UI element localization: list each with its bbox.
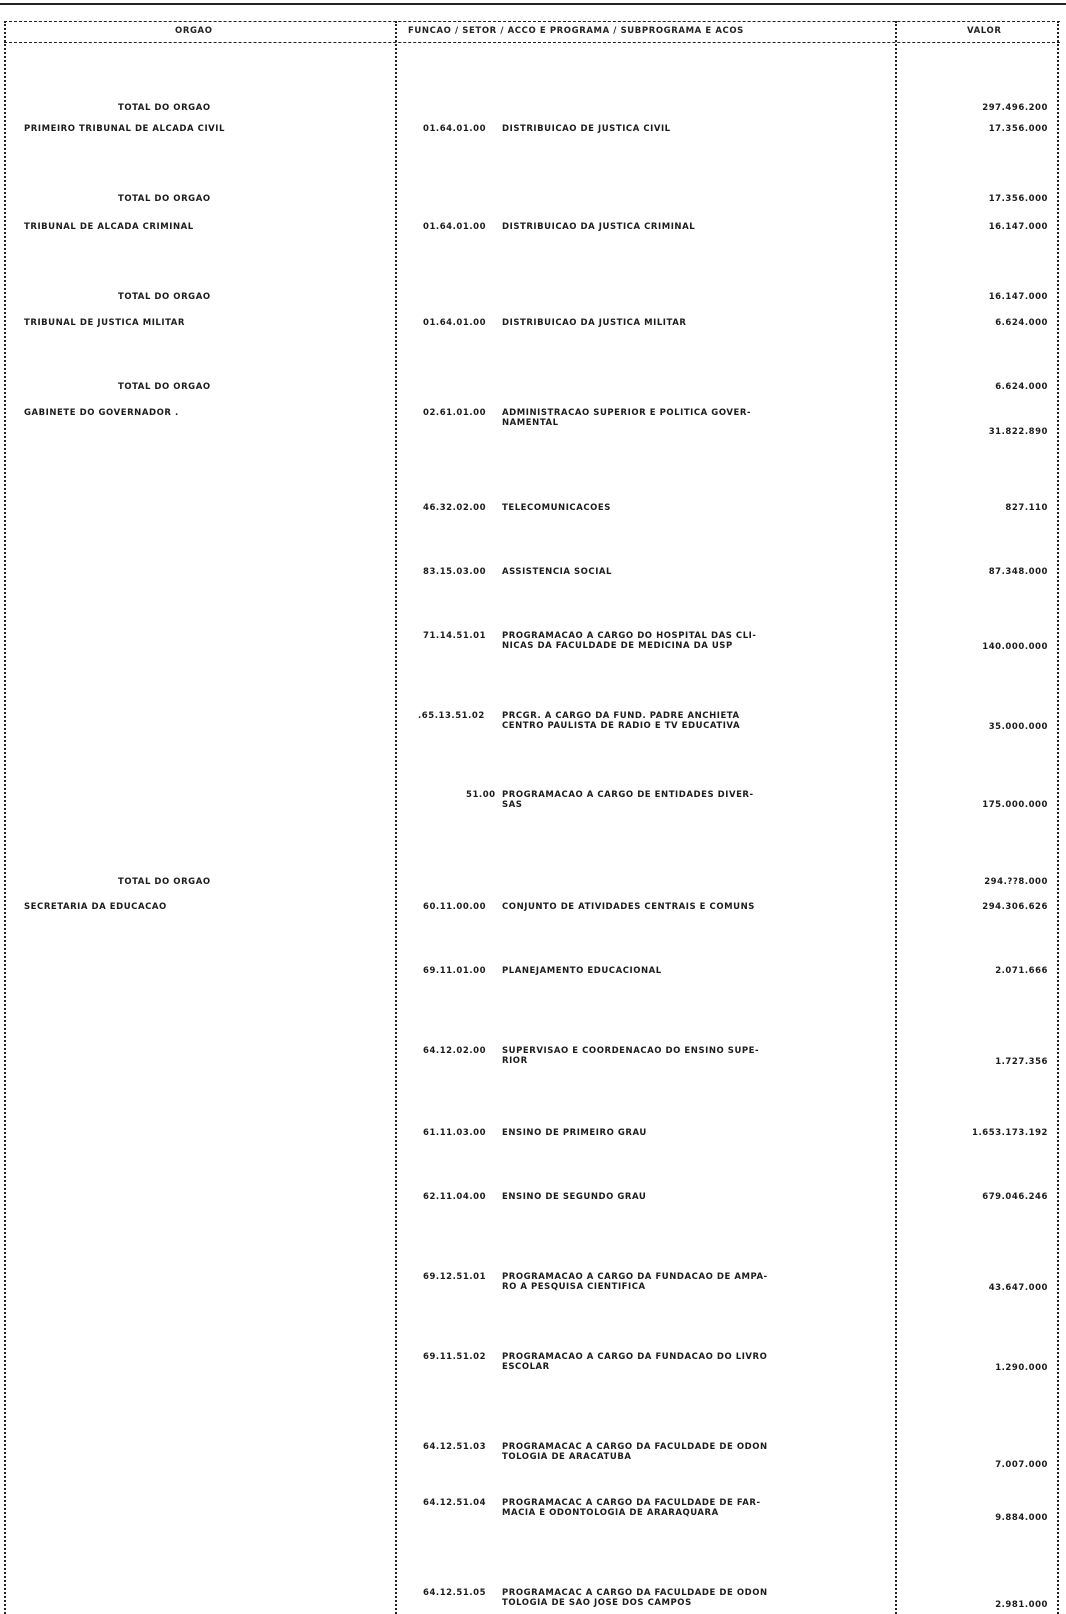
- row-orgao: TRIBUNAL DE ALCADA CRIMINAL: [24, 222, 194, 232]
- row-code: 69.11.01.00: [423, 966, 486, 976]
- row-desc-cont: SAS: [502, 800, 522, 810]
- row-orgao: TOTAL DO ORGAO: [118, 382, 211, 392]
- header-orgao: ORGAO: [175, 26, 213, 36]
- row-valor: 827.110: [908, 503, 1048, 513]
- row-desc: CONJUNTO DE ATIVIDADES CENTRAIS E COMUNS: [502, 902, 755, 912]
- row-valor: 2.981.000: [908, 1600, 1048, 1610]
- row-valor: 2.071.666: [908, 966, 1048, 976]
- header-bottom-dashes: [4, 42, 1060, 43]
- row-valor: 6.624.000: [908, 382, 1048, 392]
- row-valor: 7.007.000: [908, 1460, 1048, 1470]
- row-desc: ADMINISTRACAO SUPERIOR E POLITICA GOVER-: [502, 408, 751, 418]
- row-desc: ENSINO DE PRIMEIRO GRAU: [502, 1128, 647, 1138]
- row-desc-cont: MACIA E ODONTOLOGIA DE ARARAQUARA: [502, 1508, 719, 1518]
- row-desc: PROGRAMACAO A CARGO DA FUNDACAO DO LIVRO: [502, 1352, 767, 1362]
- row-code: 64.12.51.05: [423, 1588, 486, 1598]
- row-desc: PLANEJAMENTO EDUCACIONAL: [502, 966, 662, 976]
- printout-page: ORGAO FUNCAO / SETOR / ACCO E PROGRAMA /…: [0, 0, 1066, 1614]
- row-valor: 1.290.000: [908, 1363, 1048, 1373]
- row-orgao: TOTAL DO ORGAO: [118, 877, 211, 887]
- row-code: 69.12.51.01: [423, 1272, 486, 1282]
- row-orgao: PRIMEIRO TRIBUNAL DE ALCADA CIVIL: [24, 124, 225, 134]
- row-orgao: GABINETE DO GOVERNADOR .: [24, 408, 179, 418]
- row-desc: PRCGR. A CARGO DA FUND. PADRE ANCHIETA: [502, 711, 740, 721]
- row-desc-cont: TOLOGIA DE SAO JOSE DOS CAMPOS: [502, 1598, 692, 1608]
- row-valor: 294.??8.000: [908, 877, 1048, 887]
- row-code: 60.11.00.00: [423, 902, 486, 912]
- left-border: [4, 21, 6, 1614]
- row-valor: 294.306.626: [908, 902, 1048, 912]
- row-valor: 1.727.356: [908, 1057, 1048, 1067]
- row-desc: ENSINO DE SEGUNDO GRAU: [502, 1192, 646, 1202]
- row-valor: 17.356.000: [908, 194, 1048, 204]
- header-valor: VALOR: [967, 26, 1001, 36]
- row-valor: 297.496.200: [908, 103, 1048, 113]
- row-code: 02.61.01.00: [423, 408, 486, 418]
- row-code: 01.64.01.00: [423, 318, 486, 328]
- row-valor: 43.647.000: [908, 1283, 1048, 1293]
- row-code: 83.15.03.00: [423, 567, 486, 577]
- row-desc-cont: NAMENTAL: [502, 418, 559, 428]
- row-code: 64.12.51.04: [423, 1498, 486, 1508]
- row-valor: 6.624.000: [908, 318, 1048, 328]
- row-valor: 17.356.000: [908, 124, 1048, 134]
- right-border: [1057, 21, 1059, 1614]
- row-code: 64.12.02.00: [423, 1046, 486, 1056]
- row-desc-cont: RO A PESQUISA CIENTIFICA: [502, 1282, 646, 1292]
- row-desc-cont: TOLOGIA DE ARACATUBA: [502, 1452, 631, 1462]
- row-orgao: SECRETARIA DA EDUCACAO: [24, 902, 167, 912]
- row-valor: 140.000.000: [908, 642, 1048, 652]
- row-valor: 31.822.890: [908, 427, 1048, 437]
- row-desc-cont: NICAS DA FACULDADE DE MEDICINA DA USP: [502, 641, 733, 651]
- row-code: 01.64.01.00: [423, 222, 486, 232]
- row-code: 61.11.03.00: [423, 1128, 486, 1138]
- row-desc: PROGRAMACAC A CARGO DA FACULDADE DE FAR-: [502, 1498, 761, 1508]
- row-orgao: TOTAL DO ORGAO: [118, 292, 211, 302]
- row-code: 51.00: [466, 790, 496, 800]
- row-valor: 16.147.000: [908, 292, 1048, 302]
- row-valor: 35.000.000: [908, 722, 1048, 732]
- row-desc: ASSISTENCIA SOCIAL: [502, 567, 612, 577]
- row-code: 62.11.04.00: [423, 1192, 486, 1202]
- row-valor: 679.046.246: [908, 1192, 1048, 1202]
- row-desc: PROGRAMACAC A CARGO DA FACULDADE DE ODON: [502, 1588, 768, 1598]
- row-desc-cont: CENTRO PAULISTA DE RADIO E TV EDUCATIVA: [502, 721, 740, 731]
- row-desc-cont: ESCOLAR: [502, 1362, 550, 1372]
- row-desc: PROGRAMACAO A CARGO DO HOSPITAL DAS CLI-: [502, 631, 756, 641]
- row-valor: 87.348.000: [908, 567, 1048, 577]
- row-desc-cont: RIOR: [502, 1056, 528, 1066]
- row-desc: DISTRIBUICAO DE JUSTICA CIVIL: [502, 124, 671, 134]
- row-code: 71.14.51.01: [423, 631, 486, 641]
- row-desc: PROGRAMACAC A CARGO DA FACULDADE DE ODON: [502, 1442, 768, 1452]
- row-desc: TELECOMUNICACOES: [502, 503, 611, 513]
- row-valor: 175.000.000: [908, 800, 1048, 810]
- row-code: 64.12.51.03: [423, 1442, 486, 1452]
- row-valor: 9.884.000: [908, 1513, 1048, 1523]
- header-top-dashes: [4, 21, 1060, 22]
- column-separator-2: [895, 21, 897, 1614]
- row-orgao: TOTAL DO ORGAO: [118, 103, 211, 113]
- row-desc: DISTRIBUICAO DA JUSTICA MILITAR: [502, 318, 686, 328]
- row-code: .65.13.51.02: [418, 711, 485, 721]
- row-code: 69.11.51.02: [423, 1352, 486, 1362]
- row-desc: DISTRIBUICAO DA JUSTICA CRIMINAL: [502, 222, 695, 232]
- row-desc: PROGRAMACAO A CARGO DA FUNDACAO DE AMPA-: [502, 1272, 768, 1282]
- row-desc: PROGRAMACAO A CARGO DE ENTIDADES DIVER-: [502, 790, 754, 800]
- row-valor: 16.147.000: [908, 222, 1048, 232]
- header-funcao: FUNCAO / SETOR / ACCO E PROGRAMA / SUBPR…: [408, 26, 744, 36]
- row-orgao: TRIBUNAL DE JUSTICA MILITAR: [24, 318, 185, 328]
- column-separator-1: [395, 21, 397, 1614]
- row-valor: 1.653.173.192: [908, 1128, 1048, 1138]
- row-orgao: TOTAL DO ORGAO: [118, 194, 211, 204]
- row-code: 01.64.01.00: [423, 124, 486, 134]
- row-desc: SUPERVISAO E COORDENACAO DO ENSINO SUPE-: [502, 1046, 759, 1056]
- row-code: 46.32.02.00: [423, 503, 486, 513]
- top-rule: [0, 3, 1066, 5]
